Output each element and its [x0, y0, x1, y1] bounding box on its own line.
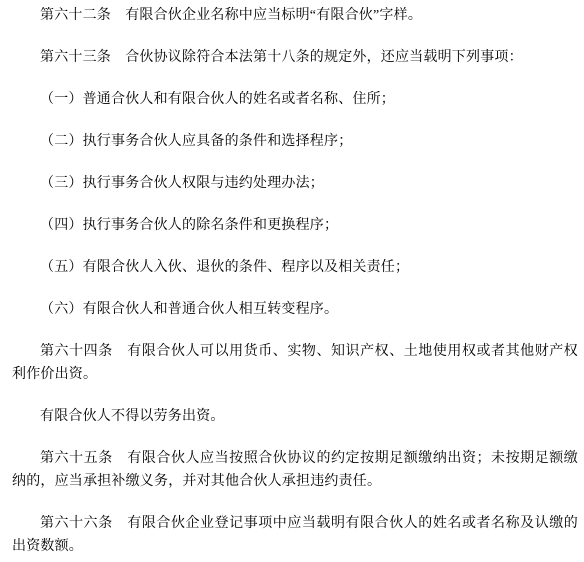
paragraph-article-63-item-6: （六）有限合伙人和普通合伙人相互转变程序。 — [12, 298, 578, 321]
legal-text-document: 第六十二条 有限合伙企业名称中应当标明“有限合伙”字样。 第六十三条 合伙协议除… — [0, 0, 584, 558]
paragraph-article-63-item-3: （三）执行事务合伙人权限与违约处理办法； — [12, 172, 578, 195]
paragraph-article-66: 第六十六条 有限合伙企业登记事项中应当载明有限合伙人的姓名或者名称及认缴的出资数… — [12, 512, 578, 558]
paragraph-article-63-item-4: （四）执行事务合伙人的除名条件和更换程序； — [12, 214, 578, 237]
paragraph-article-63-item-1: （一）普通合伙人和有限合伙人的姓名或者名称、住所； — [12, 88, 578, 111]
paragraph-article-63-item-5: （五）有限合伙人入伙、退伙的条件、程序以及相关责任； — [12, 256, 578, 279]
paragraph-article-65: 第六十五条 有限合伙人应当按照合伙协议的约定按期足额缴纳出资；未按期足额缴纳的，… — [12, 447, 578, 493]
paragraph-article-64-cont: 有限合伙人不得以劳务出资。 — [12, 405, 578, 428]
paragraph-article-63-intro: 第六十三条 合伙协议除符合本法第十八条的规定外，还应当载明下列事项： — [12, 46, 578, 69]
paragraph-article-63-item-2: （二）执行事务合伙人应具备的条件和选择程序； — [12, 130, 578, 153]
paragraph-article-64: 第六十四条 有限合伙人可以用货币、实物、知识产权、土地使用权或者其他财产权利作价… — [12, 340, 578, 386]
paragraph-article-62: 第六十二条 有限合伙企业名称中应当标明“有限合伙”字样。 — [12, 4, 578, 27]
